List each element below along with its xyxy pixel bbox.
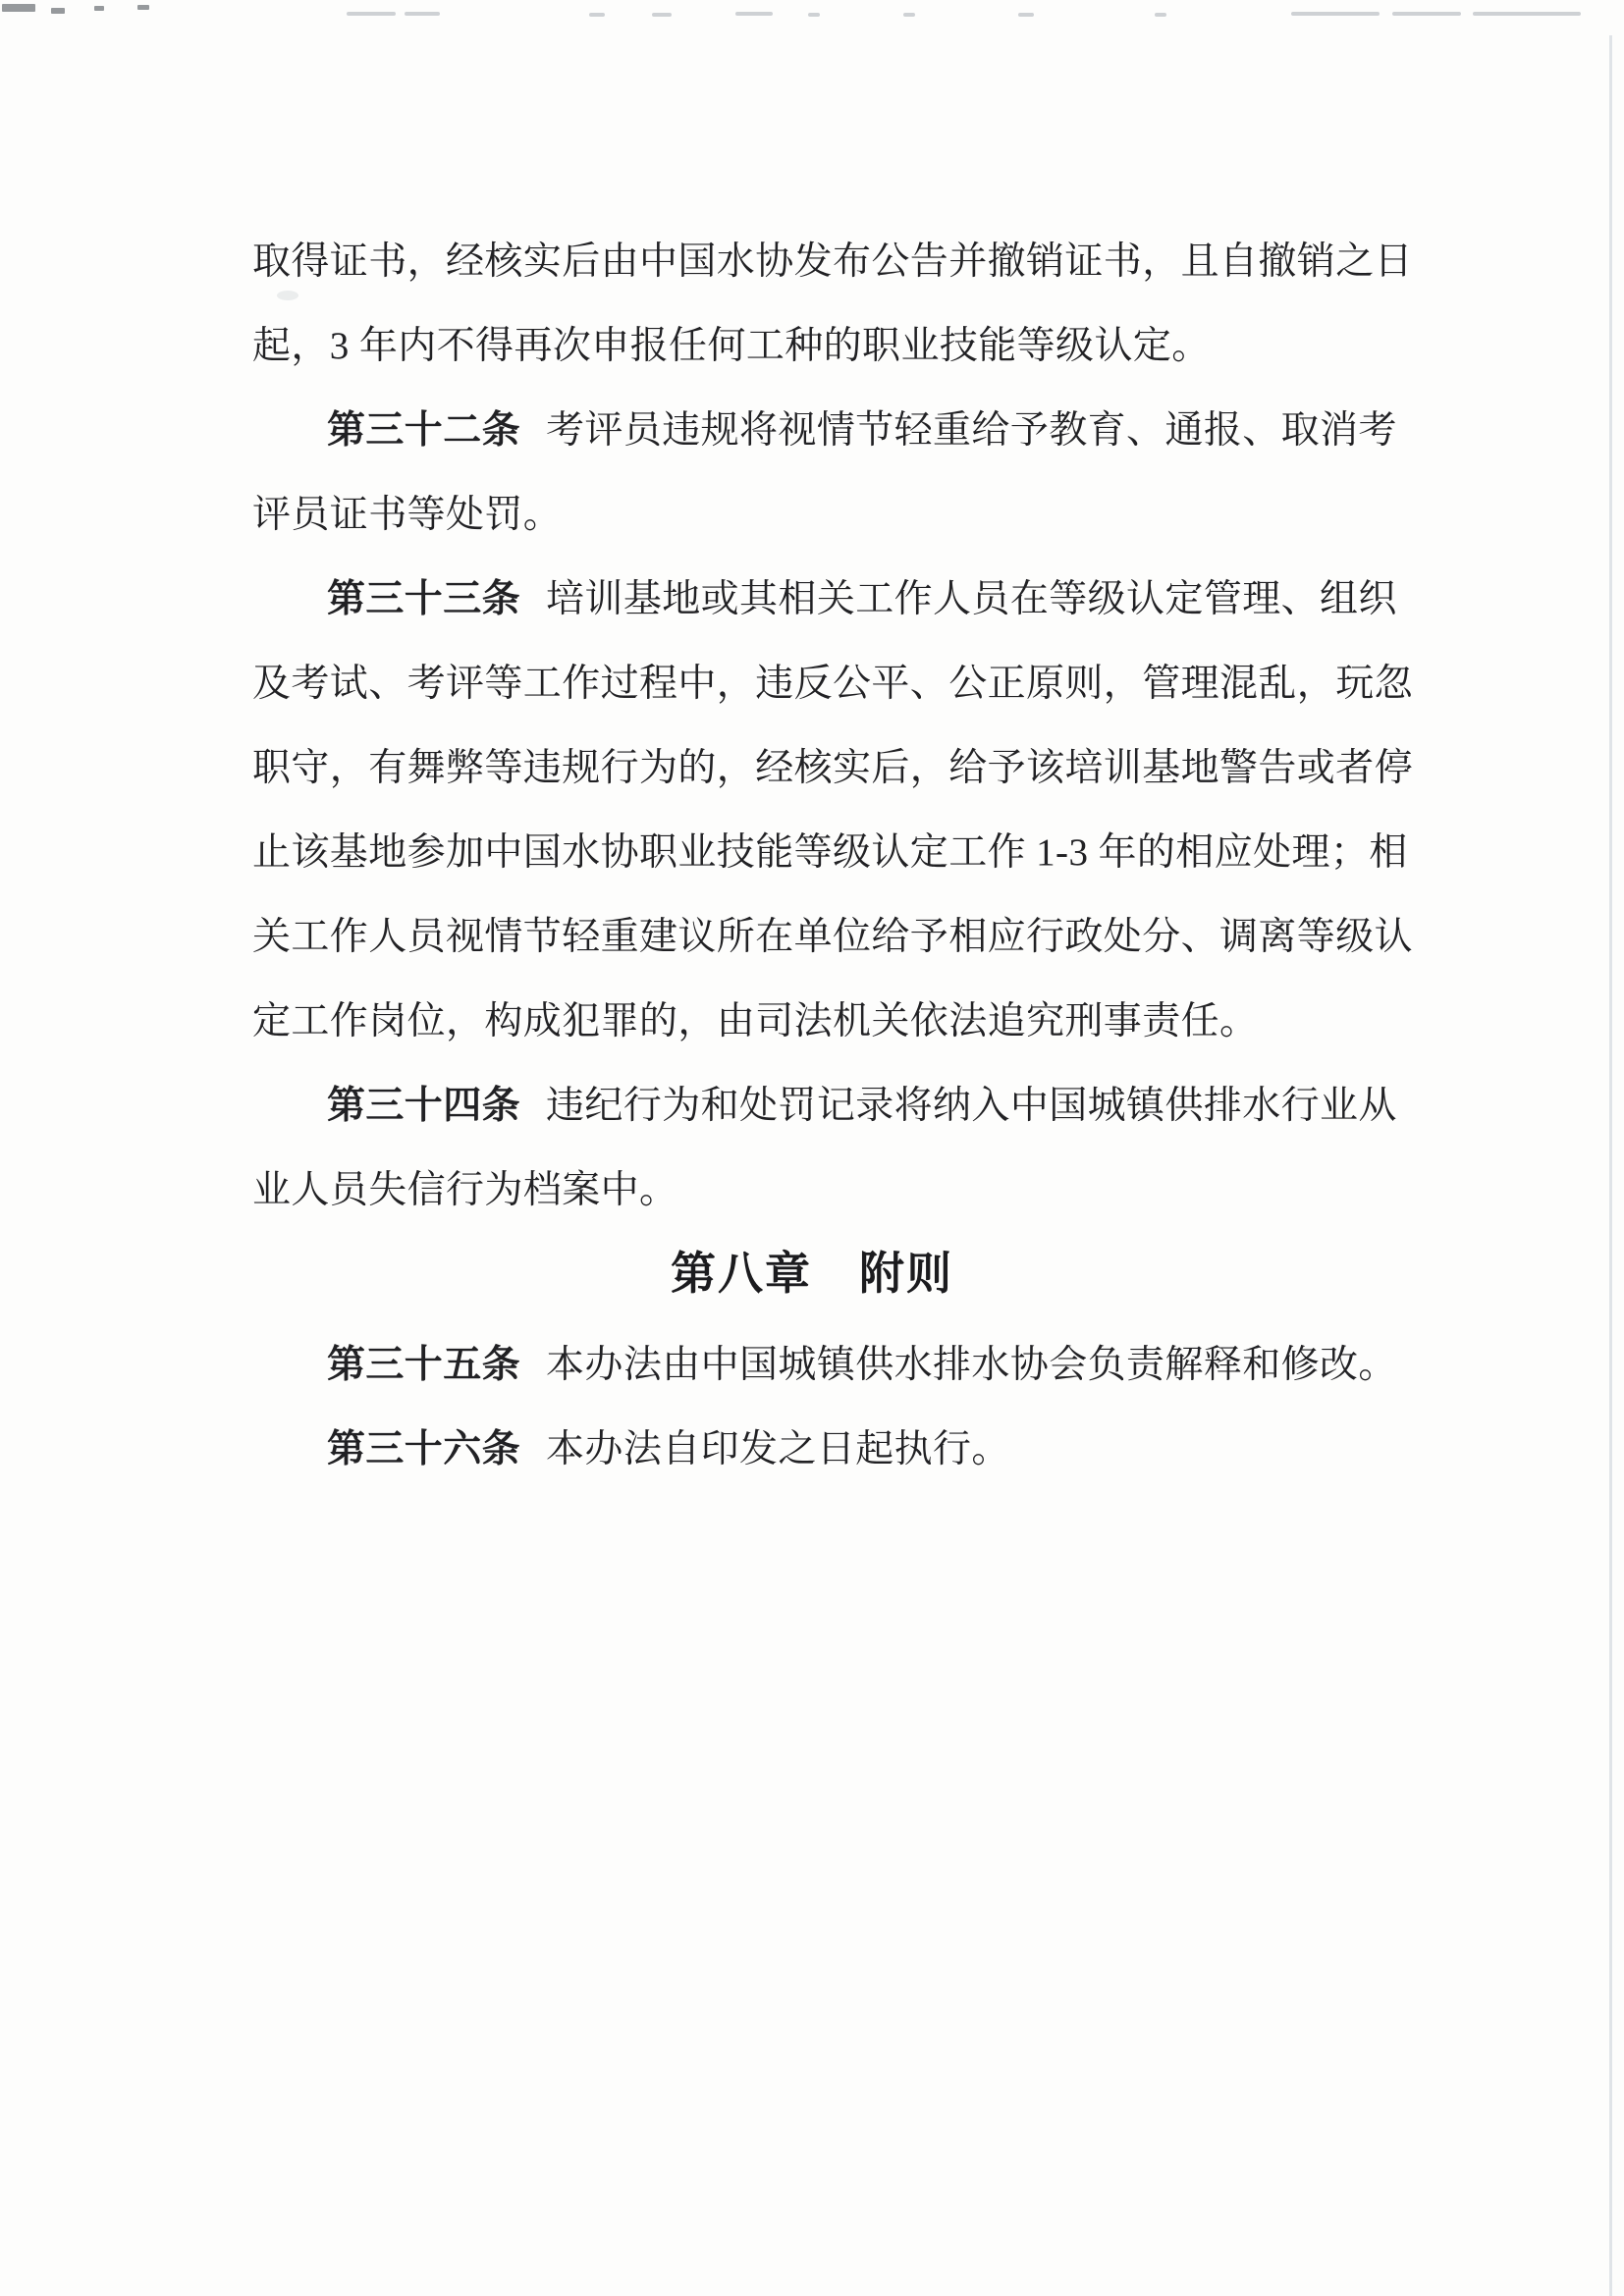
article-line: 第三十五条本办法由中国城镇供水排水协会负责解释和修改。 <box>327 1344 1381 1387</box>
article-line: 第三十四条违纪行为和处罚记录将纳入中国城镇供排水行业从 <box>327 1085 1381 1128</box>
article-line: 第三十三条培训基地或其相关工作人员在等级认定管理、组织 <box>327 578 1381 621</box>
text-line: 取得证书，经核实后由中国水协发布公告并撤销证书，且自撤销之日 <box>252 240 1381 284</box>
text-line: 关工作人员视情节轻重建议所在单位给予相应行政处分、调离等级认 <box>252 916 1381 959</box>
scan-artifact <box>652 13 672 17</box>
text-line: 及考试、考评等工作过程中，违反公平、公正原则，管理混乱，玩忽 <box>252 663 1381 706</box>
scan-artifact <box>903 13 915 17</box>
scan-artifact <box>589 13 605 17</box>
scan-artifact <box>1018 13 1034 17</box>
scan-artifact <box>1392 12 1461 16</box>
article-number: 第三十二条 <box>327 409 520 452</box>
article-number: 第三十五条 <box>327 1344 520 1386</box>
text-line: 职守，有舞弊等违规行为的，经核实后，给予该培训基地警告或者停 <box>252 747 1381 790</box>
article-text: 违纪行为和处罚记录将纳入中国城镇供排水行业从 <box>546 1085 1397 1127</box>
article-line: 第三十二条考评员违规将视情节轻重给予教育、通报、取消考 <box>327 409 1381 453</box>
article-text: 培训基地或其相关工作人员在等级认定管理、组织 <box>546 578 1397 620</box>
article-text: 考评员违规将视情节轻重给予教育、通报、取消考 <box>546 409 1397 452</box>
text-line: 止该基地参加中国水协职业技能等级认定工作 1-3 年的相应处理；相 <box>252 831 1381 875</box>
scan-artifact <box>1473 12 1581 16</box>
scan-artifact <box>51 8 65 14</box>
scan-artifact <box>1155 13 1166 17</box>
scan-page-edge <box>1609 35 1612 2296</box>
scan-artifact <box>1291 12 1380 16</box>
article-text: 本办法自印发之日起执行。 <box>546 1428 1010 1470</box>
scan-artifact <box>94 6 104 11</box>
scan-artifact <box>347 12 396 16</box>
article-text: 本办法由中国城镇供水排水协会负责解释和修改。 <box>546 1344 1397 1386</box>
article-number: 第三十六条 <box>327 1428 520 1470</box>
scan-artifact <box>2 4 35 12</box>
scan-artifact <box>405 12 440 16</box>
scan-artifact <box>735 12 773 16</box>
article-number: 第三十四条 <box>327 1085 520 1127</box>
article-number: 第三十三条 <box>327 578 520 620</box>
scanned-document-page: 取得证书，经核实后由中国水协发布公告并撤销证书，且自撤销之日 起，3 年内不得再… <box>0 0 1624 2296</box>
text-line: 评员证书等处罚。 <box>252 494 1381 537</box>
text-line: 业人员失信行为档案中。 <box>252 1169 1381 1212</box>
text-line: 定工作岗位，构成犯罪的，由司法机关依法追究刑事责任。 <box>252 1000 1381 1043</box>
article-line: 第三十六条本办法自印发之日起执行。 <box>327 1428 1381 1471</box>
scan-artifact <box>808 13 820 17</box>
chapter-heading: 第八章 附则 <box>0 1249 1624 1300</box>
text-line: 起，3 年内不得再次申报任何工种的职业技能等级认定。 <box>252 325 1381 368</box>
scan-artifact <box>277 291 298 300</box>
scan-artifact <box>137 5 149 10</box>
